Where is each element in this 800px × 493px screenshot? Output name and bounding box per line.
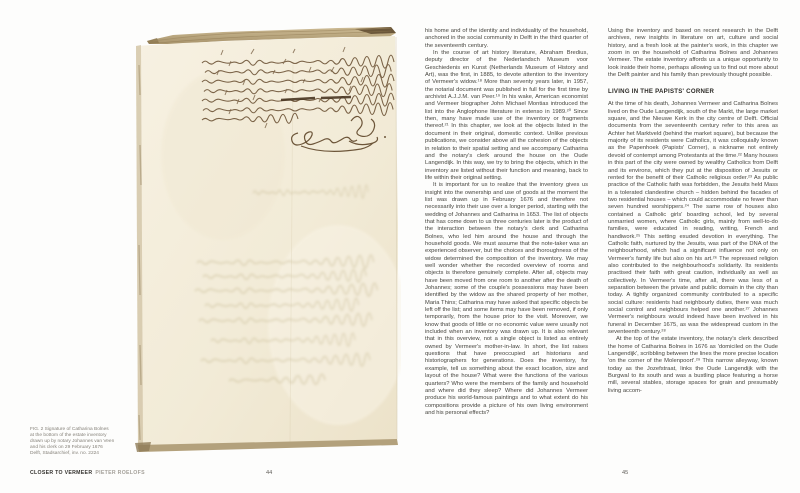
page-number-right: 45 [622, 470, 628, 476]
manuscript-photo [133, 25, 401, 452]
paragraph: At the top of the estate inventory, the … [608, 336, 778, 395]
book-title: CLOSER TO VERMEER [30, 470, 92, 476]
page-number-left: 44 [266, 470, 272, 476]
paragraph: At the time of his death, Johannes Verme… [608, 101, 778, 336]
section-heading: LIVING IN THE PAPISTS' CORNER [608, 88, 778, 95]
running-footer: CLOSER TO VERMEERPIETER ROELOFS [30, 470, 145, 476]
text-column-1: his home and of the identity and individ… [425, 28, 588, 417]
paragraph: Using the inventory and based on recent … [608, 28, 778, 79]
caption-line: Delft, Stadsarchief, inv. no. 2224 [30, 451, 134, 457]
paragraph: In the course of art history literature,… [425, 50, 588, 182]
book-author: PIETER ROELOFS [95, 470, 144, 476]
text-column-2: Using the inventory and based on recent … [608, 28, 778, 395]
manuscript-scan [133, 25, 401, 452]
paper-sheet [136, 36, 401, 449]
paragraph: It is important for us to realize that t… [425, 182, 588, 417]
book-spread: FIG. 2 Signature of Catharina Bolnes at … [0, 0, 800, 493]
figure-caption: FIG. 2 Signature of Catharina Bolnes at … [30, 427, 134, 457]
paragraph: his home and of the identity and individ… [425, 28, 588, 50]
